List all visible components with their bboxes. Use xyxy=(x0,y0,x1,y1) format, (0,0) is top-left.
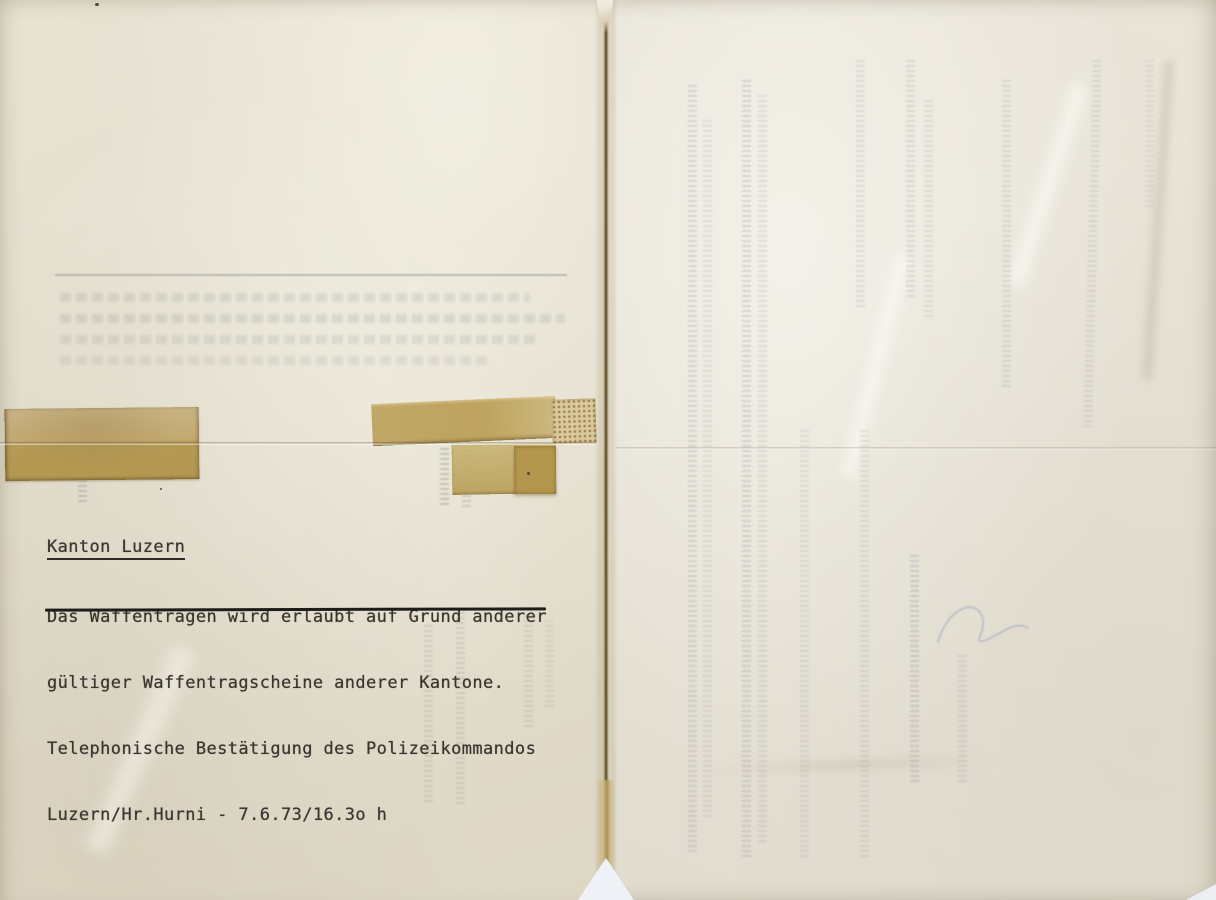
center-fold-crease xyxy=(594,0,618,900)
ghost-text-column xyxy=(906,60,915,300)
ghost-text-line xyxy=(60,314,565,323)
note-line: gültiger Waffentragscheine anderer Kanto… xyxy=(47,672,547,694)
ghost-text-column xyxy=(742,80,751,860)
paper-speck xyxy=(160,488,162,490)
paper-speck xyxy=(527,472,530,475)
horizontal-crease-left xyxy=(0,442,596,446)
note-line: Telephonische Bestätigung des Polizeikom… xyxy=(47,738,547,760)
ghost-text-column xyxy=(688,85,697,855)
typewritten-note: Kanton Luzern Das Waffentragen wird erla… xyxy=(47,492,547,870)
note-line: Luzern/Hr.Hurni - 7.6.73/16.3o h xyxy=(47,804,547,826)
paper-speck xyxy=(95,3,99,6)
ghost-text-column xyxy=(924,100,933,320)
ghost-text-column xyxy=(1002,80,1011,390)
ghost-rule xyxy=(55,274,567,276)
ghost-text-line xyxy=(60,356,490,365)
ghost-text-column xyxy=(910,555,919,785)
ghost-text-column xyxy=(1145,60,1154,210)
ghost-text-column xyxy=(800,430,809,860)
ghost-signature-scrawl xyxy=(930,590,1040,670)
scanned-document: Kanton Luzern Das Waffentragen wird erla… xyxy=(0,0,1216,900)
ghost-text-column xyxy=(860,430,869,860)
horizontal-crease-right xyxy=(616,447,1216,451)
ghost-text-column xyxy=(856,60,865,310)
ghost-text-column xyxy=(958,655,967,785)
ghost-text-line xyxy=(60,293,530,302)
ghost-text-column xyxy=(703,120,712,820)
adhesive-tape-middle-patch xyxy=(514,446,556,494)
note-heading: Kanton Luzern xyxy=(47,536,185,560)
adhesive-tape-middle-upper xyxy=(371,396,557,446)
adhesive-tape-textured-end xyxy=(551,398,597,444)
ghost-text-line xyxy=(60,335,540,344)
ghost-text-column xyxy=(758,95,767,845)
